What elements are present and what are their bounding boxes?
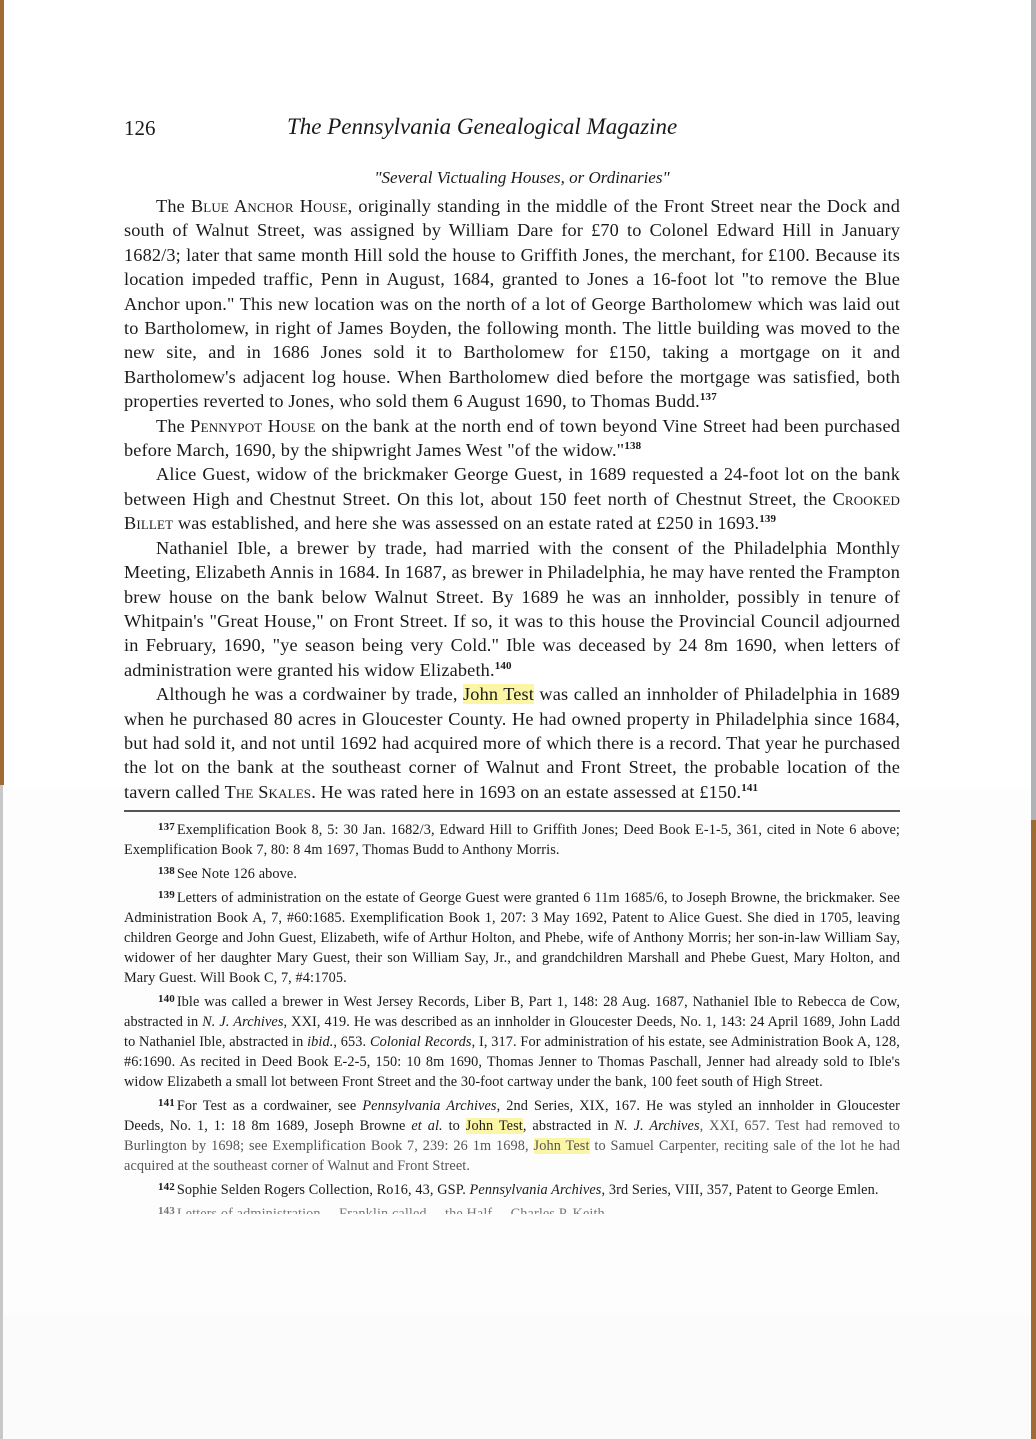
footnote-number: 140 <box>158 993 175 1005</box>
footnote-divider <box>124 810 900 812</box>
footnote-140: 140Ible was called a brewer in West Jers… <box>124 992 900 1092</box>
text: The <box>156 416 190 436</box>
citation-title: N. J. Archives <box>614 1118 699 1134</box>
footnote-number: 142 <box>158 1181 175 1193</box>
citation-title: Pennsylvania Archives <box>470 1182 602 1198</box>
footnote-ref[interactable]: 141 <box>741 782 758 794</box>
text: , 3rd Series, VIII, 357, Patent to Georg… <box>601 1182 878 1198</box>
text: was established, and here she was assess… <box>173 513 759 533</box>
place-name: Pennypot House <box>190 416 315 436</box>
text: , 653. <box>333 1034 370 1050</box>
running-head: 126 The Pennsylvania Genealogical Magazi… <box>124 108 900 152</box>
footnote-ref[interactable]: 138 <box>624 440 641 452</box>
journal-title: The Pennsylvania Genealogical Magazine <box>287 114 677 140</box>
footnote-137: 137Exemplification Book 8, 5: 30 Jan. 16… <box>124 820 900 860</box>
document-page: 126 The Pennsylvania Genealogical Magazi… <box>124 108 900 1214</box>
citation-title: N. J. Archives <box>202 1014 283 1030</box>
footnote-141: 141For Test as a cordwainer, see Pennsyl… <box>124 1096 900 1176</box>
text: See Note 126 above. <box>177 866 297 882</box>
paragraph-blue-anchor: The Blue Anchor House, originally standi… <box>124 194 900 414</box>
text: Letters of administration ... Franklin c… <box>177 1206 605 1214</box>
footnote-ref[interactable]: 137 <box>700 391 717 403</box>
page-frame-edge <box>1031 820 1036 1439</box>
footnote-ref[interactable]: 139 <box>759 513 776 525</box>
scrollbar-track[interactable] <box>1031 0 1036 820</box>
text: Nathaniel Ible, a brewer by trade, had m… <box>124 538 900 680</box>
text: Exemplification Book 8, 5: 30 Jan. 1682/… <box>124 822 900 858</box>
footnote-number: 138 <box>158 865 175 877</box>
footnote-138: 138See Note 126 above. <box>124 864 900 884</box>
text: Although he was a cordwainer by trade, <box>156 684 463 704</box>
paragraph-pennypot: The Pennypot House on the bank at the no… <box>124 414 900 463</box>
footnote-number: 143 <box>158 1205 175 1214</box>
footnote-139: 139Letters of administration on the esta… <box>124 888 900 988</box>
page-number: 126 <box>124 116 156 141</box>
page-frame-edge <box>0 0 4 785</box>
text: , originally standing in the middle of t… <box>124 196 900 411</box>
footnote-number: 137 <box>158 821 175 833</box>
text: Letters of administration on the estate … <box>124 890 900 986</box>
scan-overlap-region <box>4 1315 1031 1439</box>
footnote-number: 141 <box>158 1097 175 1109</box>
place-name: The Skales <box>225 782 312 802</box>
citation-title: Colonial Records <box>370 1034 472 1050</box>
text: For Test as a cordwainer, see <box>177 1098 363 1114</box>
paragraph-crooked-billet: Alice Guest, widow of the brickmaker Geo… <box>124 462 900 535</box>
search-highlight[interactable]: John Test <box>534 1138 590 1154</box>
place-name: Blue Anchor House <box>191 196 348 216</box>
paragraph-john-test: Although he was a cordwainer by trade, J… <box>124 682 900 804</box>
paragraph-ible: Nathaniel Ible, a brewer by trade, had m… <box>124 536 900 682</box>
footnote-143-partial: 143Letters of administration ... Frankli… <box>124 1204 900 1214</box>
body-text: The Blue Anchor House, originally standi… <box>124 194 900 804</box>
footnote-number: 139 <box>158 889 175 901</box>
text: . He was rated here in 1693 on an estate… <box>311 782 741 802</box>
section-title: "Several Victualing Houses, or Ordinarie… <box>124 168 900 188</box>
text: to <box>443 1118 466 1134</box>
citation-title: et al. <box>411 1118 442 1134</box>
citation-title: ibid. <box>307 1034 333 1050</box>
page-frame-edge <box>0 785 3 1439</box>
text: Sophie Selden Rogers Collection, Ro16, 4… <box>177 1182 470 1198</box>
footnote-ref[interactable]: 140 <box>495 660 512 672</box>
footnote-142: 142Sophie Selden Rogers Collection, Ro16… <box>124 1180 900 1200</box>
search-highlight[interactable]: John Test <box>466 1118 523 1134</box>
citation-title: Pennsylvania Archives <box>362 1098 496 1114</box>
text: The <box>156 196 191 216</box>
text: Alice Guest, widow of the brickmaker Geo… <box>124 464 900 508</box>
text: , abstracted in <box>523 1118 615 1134</box>
search-highlight[interactable]: John Test <box>463 684 534 704</box>
footnotes: 137Exemplification Book 8, 5: 30 Jan. 16… <box>124 820 900 1214</box>
